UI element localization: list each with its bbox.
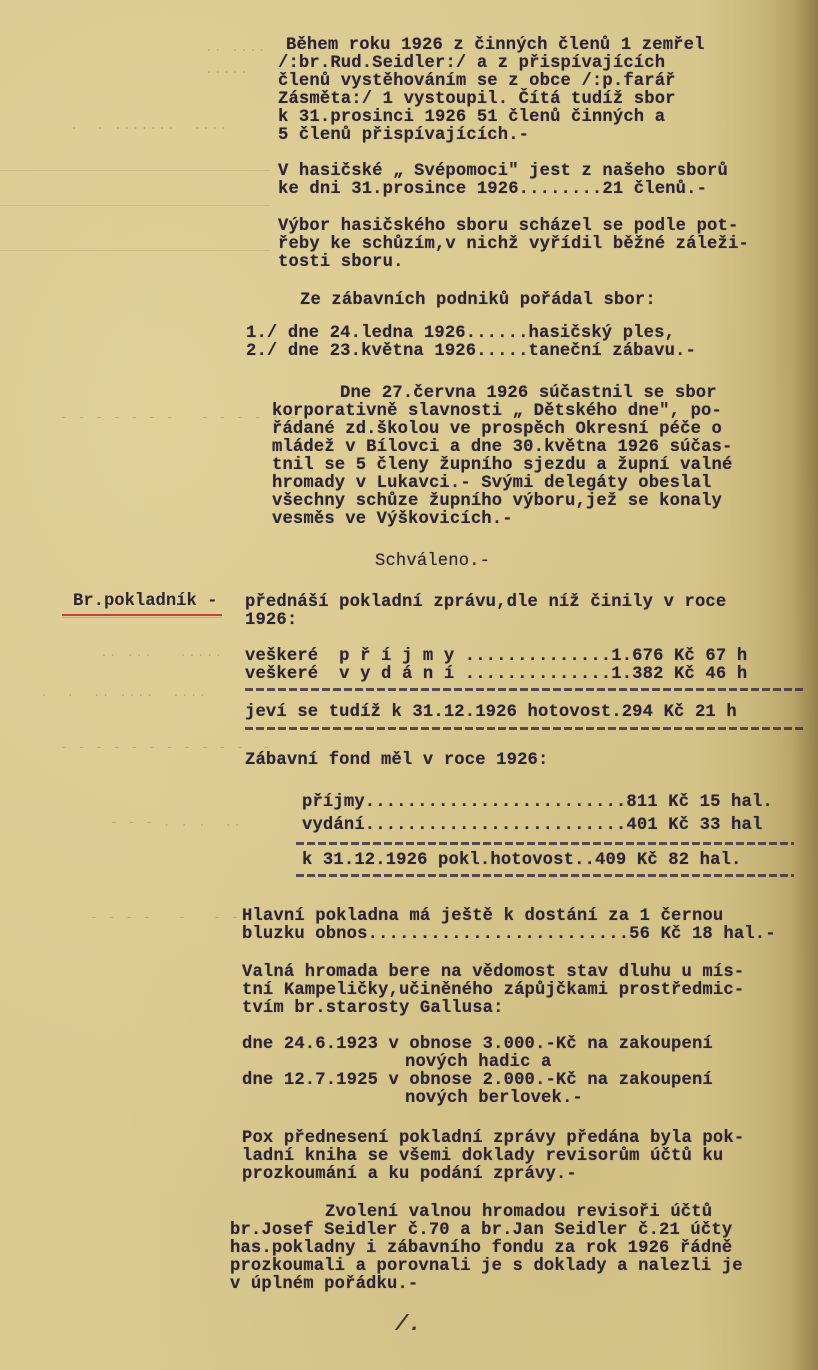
text-line: v úplném pořádku.-: [230, 1276, 418, 1293]
fund-amount: 811 Kč 15 hal.: [626, 793, 773, 812]
text-line: korporativně slavnosti „ Dětského dne", …: [272, 403, 722, 420]
red-underline: [62, 614, 222, 616]
ledger-label: veškeré v y d á n í ..............: [245, 665, 611, 684]
text-line: Dne 27.června 1926 súčastnil se sbor: [340, 385, 717, 402]
text-line: řeby ke schůzím,v nichž vyřídil běžné zá…: [278, 236, 749, 253]
fund-row: příjmy.........................811 Kč 15…: [302, 794, 773, 811]
text-line: V hasičské „ Svépomoci" jest z našeho sb…: [278, 163, 728, 180]
event-item: 2./ dne 23.května 1926.....taneční zábav…: [246, 343, 696, 360]
text-line: prozkoumali a porovnali je s doklady a n…: [230, 1258, 743, 1275]
ledger-amount: 1.382 Kč 46 h: [611, 665, 747, 684]
dashed-rule: [245, 727, 803, 730]
loan-line: nových berlovek.-: [405, 1090, 583, 1107]
text-line: Valná hromada bere na vědomost stav dluh…: [242, 964, 744, 981]
text-line: Hlavní pokladna má ještě k dostání za 1 …: [242, 908, 723, 925]
treasurer-margin-label: Br.pokladník -: [73, 592, 217, 611]
bleed-through-text: .....: [205, 62, 249, 77]
text-line: /:br.Rud.Seidler:/ a z přispívajících: [278, 55, 665, 72]
text-line: 1926:: [245, 612, 297, 629]
bleed-through-text: - - - . . . ..: [110, 815, 242, 830]
page-edge-shadow: [792, 0, 818, 1370]
ledger-row: veškeré v y d á n í ..............1.382 …: [245, 666, 747, 683]
text-line: Zásměta:/ 1 vystoupil. Čítá tudíž sbor: [278, 91, 676, 108]
dashed-rule: [245, 688, 803, 691]
text-line: Pox přednesení pokladní zprávy předána b…: [242, 1130, 744, 1147]
ledger-label: veškeré p ř í j m y ..............: [245, 647, 611, 666]
dashed-rule: [296, 874, 794, 877]
fund-amount: 401 Kč 33 hal: [626, 816, 762, 835]
loan-line: nových hadic a: [405, 1054, 552, 1071]
text-line: prozkoumání a ku podání zprávy.-: [242, 1166, 577, 1183]
event-item: 1./ dne 24.ledna 1926......hasičský ples…: [246, 325, 675, 342]
text-line: Výbor hasičského sboru scházel se podle …: [278, 218, 738, 235]
bleed-through-text: . . ....... ....: [70, 118, 228, 133]
text-line: tnil se 5 členy župního sjezdu a župní v…: [272, 457, 732, 474]
text-line: bluzku obnos.........................56 …: [242, 926, 776, 943]
text-line: ladní kniha se všemi doklady revisorům ú…: [242, 1148, 723, 1165]
bleed-through-text: - - - - - - - - - - - - -: [60, 410, 298, 425]
loan-line: dne 12.7.1925 v obnose 2.000.-Kč na zako…: [242, 1072, 713, 1089]
fund-heading: Zábavní fond měl v roce 1926:: [245, 752, 548, 769]
fund-label: příjmy.........................: [302, 793, 626, 812]
green-underline: [62, 617, 222, 618]
bleed-through-text: .. ....: [205, 40, 267, 55]
text-line: 5 členů přispívajících.-: [278, 127, 529, 144]
fund-label: vydání.........................: [302, 816, 626, 835]
text-line: br.Josef Seidler č.70 a br.Jan Seidler č…: [230, 1222, 732, 1239]
text-line: členů vystěhováním se z obce /:p.farář: [278, 73, 676, 90]
text-line: řádané zd.školou ve prospěch Okresní péč…: [272, 421, 722, 438]
text-line: Zvolení valnou hromadou revisoři účtů: [325, 1204, 712, 1221]
text-line: všechny schůze župního výboru,jež se kon…: [272, 493, 722, 510]
fund-balance-line: k 31.12.1926 pokl.hotovost..409 Kč 82 ha…: [302, 852, 742, 869]
text-line: vesměs ve Výškovicích.-: [272, 511, 513, 528]
bleed-through-rule: [0, 170, 270, 171]
bleed-through-rule: [0, 250, 270, 251]
bleed-through-text: - - - - - - - - - - - -: [60, 740, 271, 755]
bleed-through-text: - - - - - - -: [90, 910, 240, 925]
fund-row: vydání.........................401 Kč 33…: [302, 817, 762, 834]
events-intro: Ze zábavních podniků pořádal sbor:: [300, 292, 656, 309]
ledger-row: veškeré p ř í j m y ..............1.676 …: [245, 648, 747, 665]
bleed-through-rule: [0, 205, 270, 206]
text-line: mládež v Bílovci a dne 30.května 1926 sú…: [272, 439, 732, 456]
text-line: k 31.prosinci 1926 51 členů činných a: [278, 109, 665, 126]
dashed-rule: [296, 842, 794, 845]
continuation-mark: /.: [395, 1312, 421, 1337]
approved-note: Schváleno.-: [375, 553, 490, 570]
text-line: hromady v Lukavci.- Svými delegáty obesl…: [272, 475, 712, 492]
text-line: přednáší pokladní zprávu,dle níž činily …: [245, 594, 726, 611]
text-line: tní Kampeličky,učiněného zápůjčkami pros…: [242, 982, 744, 999]
text-line: tvím br.starosty Gallusa:: [242, 1000, 504, 1017]
bleed-through-text: .. ... .....: [100, 645, 223, 660]
bleed-through-text: . . .. .... ....: [40, 685, 207, 700]
balance-line: jeví se tudíž k 31.12.1926 hotovost.294 …: [245, 704, 737, 721]
ledger-amount: 1.676 Kč 67 h: [611, 647, 747, 666]
text-line: ke dni 31.prosince 1926........21 členů.…: [278, 181, 707, 198]
text-line: tosti sboru.: [278, 254, 404, 271]
text-line: has.pokladny i zábavního fondu za rok 19…: [230, 1240, 732, 1257]
typewritten-page: .. .... ..... . . ....... .... - - - - -…: [0, 0, 818, 1370]
text-line: Během roku 1926 z činných členů 1 zemřel: [286, 37, 705, 54]
loan-line: dne 24.6.1923 v obnose 3.000.-Kč na zako…: [242, 1036, 713, 1053]
